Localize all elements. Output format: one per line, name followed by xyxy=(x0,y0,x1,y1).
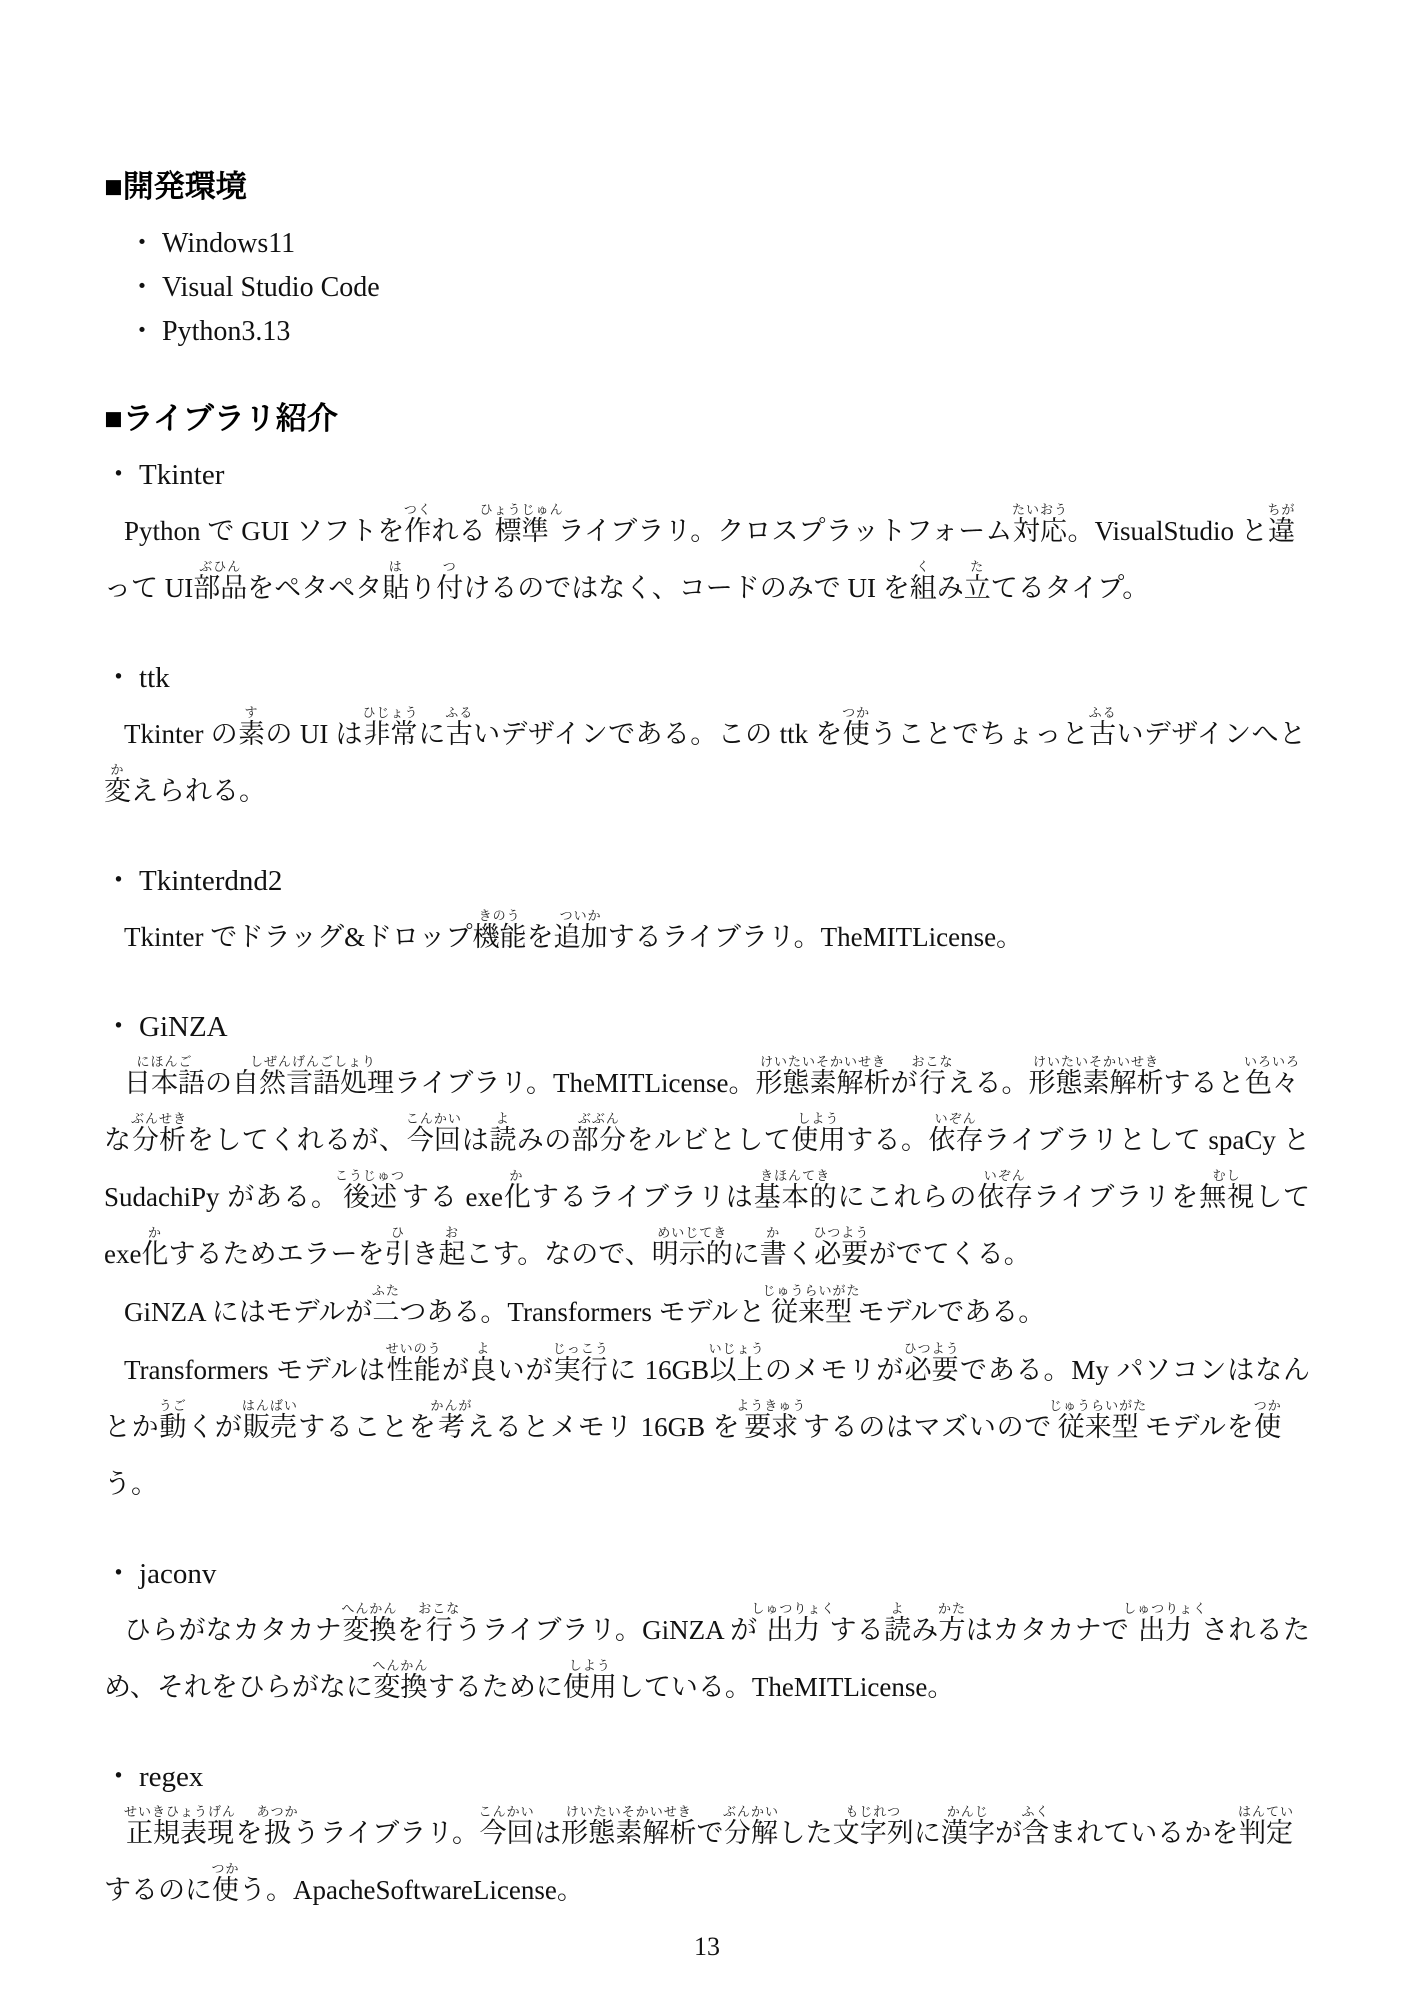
list-item-label: Visual Studio Code xyxy=(162,272,380,303)
library-name: Tkinter xyxy=(139,459,224,491)
bullet-glyph: ・ xyxy=(128,222,156,266)
library-description: Transformers モデルは性能せいのうが良よいが実行じっこうに 16GB… xyxy=(104,1341,1310,1513)
bullet-glyph: ・ xyxy=(104,456,133,494)
heading-library-intro: ■ライブラリ紹介 xyxy=(104,400,1310,438)
library-name: jaconv xyxy=(139,1558,216,1590)
bullet-glyph: ・ xyxy=(104,862,133,900)
library-section-regex: ・regex 正規表現せいきひょうげんを扱あつかうライブラリ。今回こんかいは形態… xyxy=(104,1758,1310,1919)
list-item-python: ・Python3.13 xyxy=(128,310,1310,354)
library-description: Tkinter でドラッグ&ドロップ機能きのうを追加ついかするライブラリ。The… xyxy=(104,908,1310,966)
library-name: ttk xyxy=(139,662,170,694)
library-section-tkinterdnd2: ・Tkinterdnd2 Tkinter でドラッグ&ドロップ機能きのうを追加つ… xyxy=(104,862,1310,966)
library-title: ・regex xyxy=(104,1758,1310,1796)
library-section-tkinter: ・Tkinter Python で GUI ソフトを作つくれる標準ひょうじゅんラ… xyxy=(104,456,1310,617)
bullet-glyph: ・ xyxy=(104,1555,133,1593)
bullet-glyph: ・ xyxy=(128,310,156,354)
bullet-glyph: ・ xyxy=(104,1758,133,1796)
library-title: ・GiNZA xyxy=(104,1008,1310,1046)
page-number: 13 xyxy=(0,1932,1414,1962)
list-item-label: Windows11 xyxy=(162,228,295,259)
list-item-label: Python3.13 xyxy=(162,316,290,347)
library-description: 正規表現せいきひょうげんを扱あつかうライブラリ。今回こんかいは形態素解析けいたい… xyxy=(104,1804,1310,1919)
bullet-glyph: ・ xyxy=(128,266,156,310)
library-section-ttk: ・ttk Tkinter の素すの UI は非常ひじょうに古ふるいデザインである… xyxy=(104,659,1310,820)
library-description: GiNZA にはモデルが二ふたつある。Transformers モデルと従来型じ… xyxy=(104,1283,1310,1341)
library-description: ひらがなカタカナ変換へんかんを行おこなうライブラリ。GiNZA が出力しゅつりょ… xyxy=(104,1601,1310,1716)
library-title: ・ttk xyxy=(104,659,1310,697)
dev-env-list: ・Windows11 ・Visual Studio Code ・Python3.… xyxy=(128,222,1310,354)
library-description: Python で GUI ソフトを作つくれる標準ひょうじゅんライブラリ。クロスプ… xyxy=(104,502,1310,617)
list-item-vscode: ・Visual Studio Code xyxy=(128,266,1310,310)
heading-dev-environment: ■開発環境 xyxy=(104,168,1310,206)
bullet-glyph: ・ xyxy=(104,659,133,697)
library-name: GiNZA xyxy=(139,1011,228,1043)
library-section-ginza: ・GiNZA 日本語にほんごの自然言語処理しぜんげんごしょりライブラリ。TheM… xyxy=(104,1008,1310,1513)
library-title: ・Tkinter xyxy=(104,456,1310,494)
library-section-jaconv: ・jaconv ひらがなカタカナ変換へんかんを行おこなうライブラリ。GiNZA … xyxy=(104,1555,1310,1716)
document-page: ■開発環境 ・Windows11 ・Visual Studio Code ・Py… xyxy=(0,0,1414,2000)
library-name: Tkinterdnd2 xyxy=(139,865,282,897)
library-description: 日本語にほんごの自然言語処理しぜんげんごしょりライブラリ。TheMITLicen… xyxy=(104,1054,1310,1283)
list-item-windows11: ・Windows11 xyxy=(128,222,1310,266)
library-title: ・jaconv xyxy=(104,1555,1310,1593)
library-title: ・Tkinterdnd2 xyxy=(104,862,1310,900)
library-name: regex xyxy=(139,1761,203,1793)
bullet-glyph: ・ xyxy=(104,1008,133,1046)
library-description: Tkinter の素すの UI は非常ひじょうに古ふるいデザインである。この t… xyxy=(104,705,1310,820)
